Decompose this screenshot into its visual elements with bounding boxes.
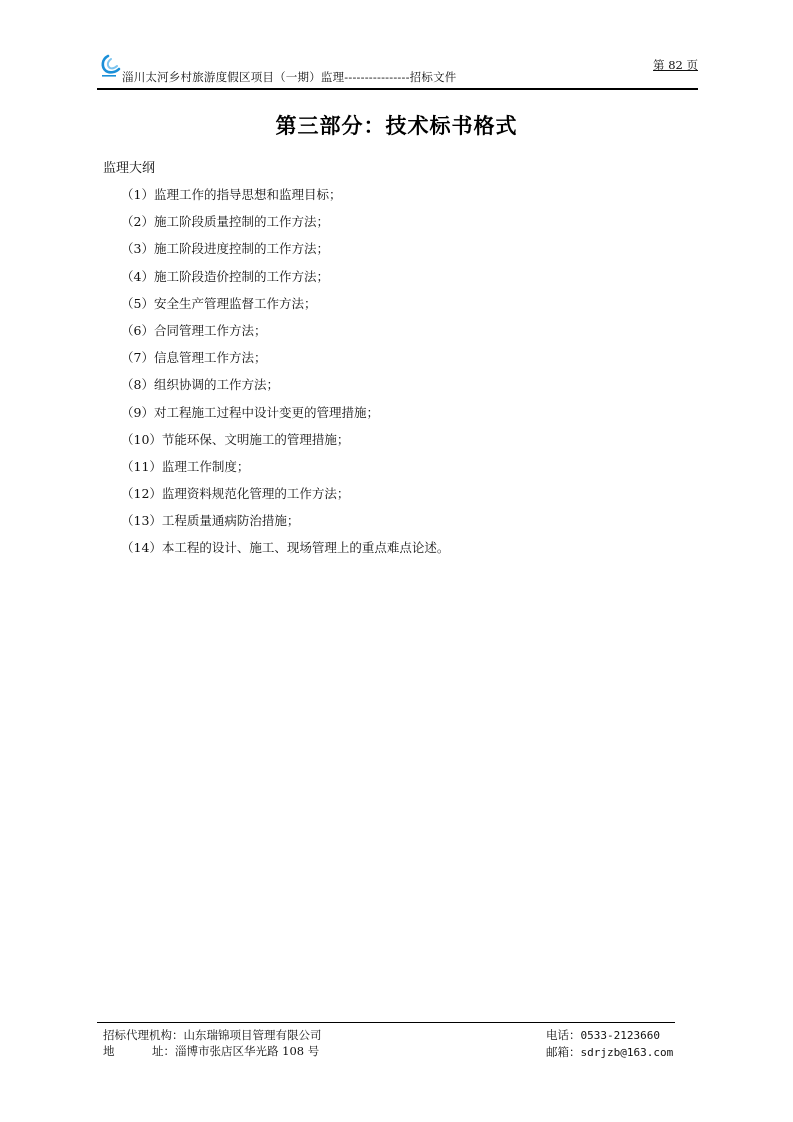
outline-list: （1）监理工作的指导思想和监理目标； （2）施工阶段质量控制的工作方法； （3）… [121,186,449,567]
email-value: sdrjzb@163.com [581,1046,674,1059]
footer-agency-row: 招标代理机构：山东瑞锦项目管理有限公司 [103,1027,322,1043]
outline-item: （7）信息管理工作方法； [121,349,449,376]
section-label: 监理大纲 [103,157,155,176]
outline-item: （4）施工阶段造价控制的工作方法； [121,268,449,295]
email-label: 邮箱： [546,1045,581,1059]
outline-item: （6）合同管理工作方法； [121,322,449,349]
agency-value: 山东瑞锦项目管理有限公司 [184,1028,322,1042]
outline-item: （12）监理资料规范化管理的工作方法； [121,485,449,512]
outline-item: （10）节能环保、文明施工的管理措施； [121,431,449,458]
agency-label: 招标代理机构： [103,1027,184,1043]
page-header: 淄川太河乡村旅游度假区项目（一期）监理----------------招标文件 … [97,52,698,90]
wave-logo-icon [100,54,122,78]
outline-item: （8）组织协调的工作方法； [121,376,449,403]
address-label-b: 址： [152,1043,175,1059]
phone-value: 0533-2123660 [581,1029,660,1042]
document-title: 第三部分：技术标书格式 [0,110,793,140]
header-title: 淄川太河乡村旅游度假区项目（一期）监理----------------招标文件 [122,69,456,85]
phone-label: 电话： [546,1028,581,1042]
address-label: 地址： [103,1043,175,1059]
footer-email-row: 邮箱：sdrjzb@163.com [546,1044,673,1061]
footer-address-row: 地址：淄博市张店区华光路 108 号 [103,1043,322,1059]
outline-item: （2）施工阶段质量控制的工作方法； [121,213,449,240]
page-number: 第 82 页 [653,57,698,73]
outline-item: （11）监理工作制度； [121,458,449,485]
address-value: 淄博市张店区华光路 108 号 [175,1044,319,1058]
page-footer: 招标代理机构：山东瑞锦项目管理有限公司 地址：淄博市张店区华光路 108 号 电… [97,1022,675,1063]
address-label-a: 地 [103,1043,115,1059]
outline-item: （1）监理工作的指导思想和监理目标； [121,186,449,213]
outline-item: （5）安全生产管理监督工作方法； [121,295,449,322]
footer-contact-info: 电话：0533-2123660 邮箱：sdrjzb@163.com [546,1027,673,1061]
footer-phone-row: 电话：0533-2123660 [546,1027,673,1044]
footer-agency-info: 招标代理机构：山东瑞锦项目管理有限公司 地址：淄博市张店区华光路 108 号 [103,1027,322,1059]
outline-item: （3）施工阶段进度控制的工作方法； [121,240,449,267]
outline-item: （14）本工程的设计、施工、现场管理上的重点难点论述。 [121,539,449,566]
outline-item: （13）工程质量通病防治措施； [121,512,449,539]
outline-item: （9）对工程施工过程中设计变更的管理措施； [121,404,449,431]
